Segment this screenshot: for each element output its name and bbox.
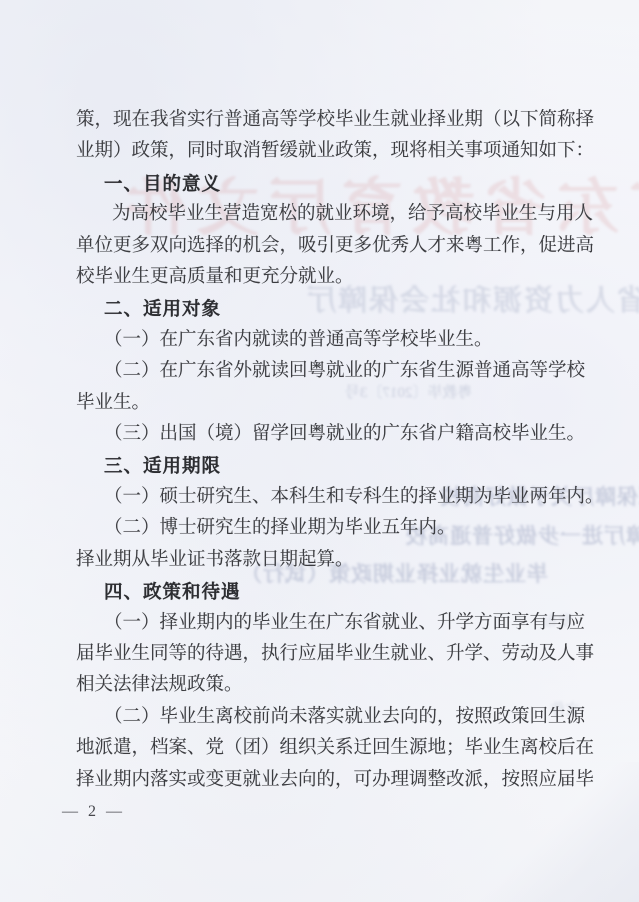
body-line: 业期）政策，同时取消暂缓就业政策，现将相关事项通知如下： — [76, 136, 578, 167]
body-line: 毕业生。 — [76, 388, 578, 419]
body-line: 择业期从毕业证书落款日期起算。 — [76, 545, 578, 576]
body-line: 相关法律法规政策。 — [76, 670, 578, 701]
document-body: 策，现在我省实行普通高等学校毕业生就业择业期（以下简称择 业期）政策，同时取消暂… — [76, 105, 578, 796]
body-line: 地派遣，档案、党（团）组织关系迁回生源地；毕业生离校后在 — [76, 733, 578, 764]
section-heading-3: 三、适用期限 — [76, 450, 578, 481]
body-line: （二）在广东省外就读回粤就业的广东省生源普通高等学校 — [76, 356, 578, 387]
body-line: 单位更多双向选择的机会，吸引更多优秀人才来粤工作，促进高 — [76, 231, 578, 262]
body-line: 校毕业生更高质量和更充分就业。 — [76, 262, 578, 293]
body-line: 为高校毕业生营造宽松的就业环境，给予高校毕业生与用人 — [76, 199, 578, 230]
body-line: （一）硕士研究生、本科生和专科生的择业期为毕业两年内。 — [76, 482, 578, 513]
body-line: 届毕业生同等的待遇，执行应届毕业生就业、升学、劳动及人事 — [76, 639, 578, 670]
body-line: （二）毕业生离校前尚未落实就业去向的，按照政策回生源 — [76, 702, 578, 733]
section-heading-2: 二、适用对象 — [76, 293, 578, 324]
page-number: — 2 — — [62, 803, 125, 821]
body-line: 策，现在我省实行普通高等学校毕业生就业择业期（以下简称择 — [76, 105, 578, 136]
section-heading-1: 一、目的意义 — [76, 168, 578, 199]
scan-corner-shading — [419, 762, 639, 902]
body-line: （一）择业期内的毕业生在广东省就业、升学方面享有与应 — [76, 608, 578, 639]
section-heading-4: 四、政策和待遇 — [76, 576, 578, 607]
body-line: （一）在广东省内就读的普通高等学校毕业生。 — [76, 325, 578, 356]
scanned-document-page: 广东省教育厅文件 广东省人力资源和社会保障厅 粤教毕〔2017〕3号 人力资源保… — [0, 0, 639, 902]
body-line: （二）博士研究生的择业期为毕业五年内。 — [76, 513, 578, 544]
body-line: （三）出国（境）留学回粤就业的广东省户籍高校毕业生。 — [76, 419, 578, 450]
